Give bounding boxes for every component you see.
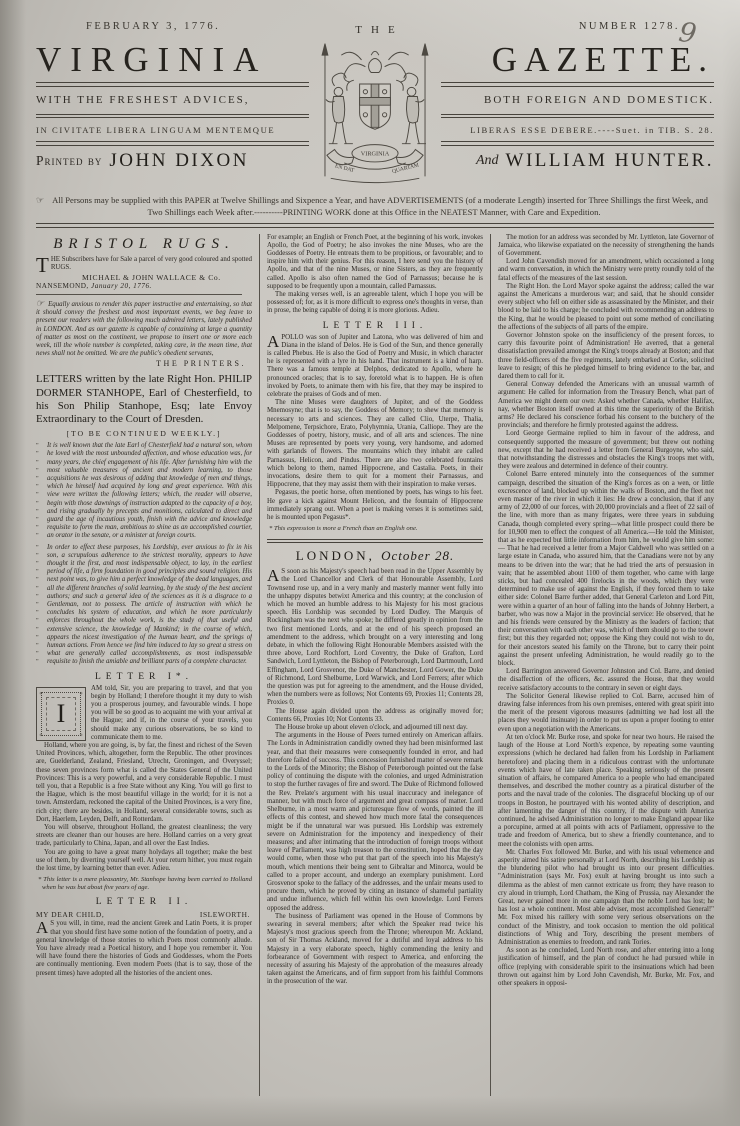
letter2-heading: LETTER II.	[36, 897, 252, 907]
london-paragraph: Governor Johnston spoke on the insuffici…	[498, 332, 714, 381]
subtitle-left: WITH THE FRESHEST ADVICES,	[36, 87, 309, 114]
section-rule	[267, 539, 483, 543]
ad-text: HE Subscribers have for Sale a parcel of…	[51, 256, 252, 271]
london-paragraph: At ten o'clock Mr. Burke rose, and spoke…	[498, 734, 714, 849]
ornamental-initial-frame: I	[36, 687, 86, 741]
double-rule-full	[36, 223, 714, 228]
printed-by-label: Printed by	[36, 153, 102, 169]
london-paragraph: The Right Hon. the Lord Mayor spoke agai…	[498, 283, 714, 332]
london-paragraph: The motion for an address was seconded b…	[498, 234, 714, 259]
drop-cap: A	[267, 334, 281, 349]
letter1-paragraph: IAM told, Sir, you are preparing to trav…	[36, 685, 252, 742]
drop-cap: T	[36, 256, 51, 274]
london-text: S soon as his Majesty's speech had been …	[267, 568, 483, 706]
printer-name-hunter: WILLIAM HUNTER.	[506, 150, 714, 172]
letter1-paragraph: You are going to have a great many holyd…	[36, 849, 252, 874]
ad-date: January 20, 1776.	[91, 282, 152, 290]
letter1-paragraph: Holland, where you are going, is, by far…	[36, 742, 252, 824]
ad-body: THE Subscribers have for Sale a parcel o…	[36, 256, 252, 272]
column-rule	[490, 234, 491, 1096]
printers-signature: THE PRINTERS.	[36, 359, 246, 368]
london-date: October 28.	[381, 548, 454, 563]
printer-name-dixon: JOHN DIXON	[109, 150, 249, 172]
letter2-paragraph: AS you will, in time, read the ancient G…	[36, 920, 252, 977]
printers-note-text: Equally anxious to render this paper ins…	[36, 301, 252, 357]
london-paragraph: The House broke up about eleven o'clock,…	[267, 724, 483, 732]
london-paragraph: General Conway defended the Americans wi…	[498, 381, 714, 430]
letter1-text: AM told, Sir, you are preparing to trave…	[91, 685, 252, 741]
printer-line-right: And WILLIAM HUNTER.	[441, 146, 714, 177]
london-paragraph: Mr. Charles Fox followed Mr. Burke, and …	[498, 849, 714, 947]
letter3-paragraph: APOLLO was son of Jupiter and Latona, wh…	[267, 334, 483, 400]
london-paragraph: Lord George Germaine replied to him in f…	[498, 430, 714, 471]
salutation-place: ISLEWORTH.	[200, 910, 250, 919]
and-label: And	[476, 153, 499, 169]
newspaper-title-right: GAZETTE.	[441, 38, 714, 82]
letter2-paragraph: The making verses well, is an agreeable …	[267, 291, 483, 316]
masthead-left: FEBRUARY 3, 1776. VIRGINIA WITH THE FRES…	[36, 14, 309, 191]
column-2: For example; an English or French Poet, …	[267, 234, 483, 1096]
crest-name: VIRGINIA	[361, 151, 390, 158]
london-paragraph: Colonel Barre entered minutely into the …	[498, 471, 714, 668]
subtitle-right: BOTH FOREIGN AND DOMESTICK.	[441, 87, 714, 114]
issue-number: NUMBER 1278.	[441, 14, 714, 38]
letter1-paragraph: You will observe, throughout Holland, th…	[36, 824, 252, 849]
letter3-heading: LETTER III.	[267, 321, 483, 331]
london-paragraph: The business of Parliament was opened in…	[267, 913, 483, 987]
thin-rule	[36, 294, 242, 295]
london-paragraph: Lord John Cavendish moved for an amendme…	[498, 258, 714, 283]
london-paragraph: The Solicitor General likewise replied t…	[498, 693, 714, 734]
letter3-text: POLLO was son of Jupiter and Latona, who…	[267, 334, 483, 398]
london-paragraph: Lord Barrington answered Governor Johnst…	[498, 668, 714, 693]
ad-place: NANSEMOND,	[36, 282, 89, 290]
manicule-icon: ☞	[36, 195, 44, 205]
column-1: BRISTOL RUGS. THE Subscribers have for S…	[36, 234, 252, 1096]
column-layout: BRISTOL RUGS. THE Subscribers have for S…	[36, 234, 714, 1096]
column-rule	[259, 234, 260, 1096]
masthead-right: NUMBER 1278. GAZETTE. BOTH FOREIGN AND D…	[441, 14, 714, 191]
continued-weekly-note: [TO BE CONTINUED WEEKLY.]	[36, 429, 252, 438]
intro-quote-paragraph: In order to effect these purposes, his L…	[36, 544, 252, 667]
salutation-text: MY DEAR CHILD,	[36, 910, 104, 919]
letter3-paragraph: Pegasus, the poetic horse, often mention…	[267, 489, 483, 522]
motto-left: IN CIVITATE LIBERA LINGUAM MENTEMQUE	[36, 118, 309, 141]
subscription-notice: ☞All Persons may be supplied with this P…	[38, 193, 710, 221]
printer-line-left: Printed by JOHN DIXON	[36, 146, 309, 177]
london-section-heading: LONDON, October 28.	[267, 548, 483, 564]
letter2-salutation: MY DEAR CHILD, ISLEWORTH.	[36, 910, 250, 919]
issue-date: FEBRUARY 3, 1776.	[36, 14, 309, 38]
drop-cap: A	[36, 920, 50, 935]
london-paragraph: The arguments in the House of Peers turn…	[267, 732, 483, 912]
motto-right: LIBERAS ESSE DEBERE.----Suet. in TIB. S.…	[441, 118, 714, 141]
london-title: LONDON,	[296, 548, 375, 563]
manicule-icon: ☞	[36, 298, 44, 308]
letter1-heading: LETTER I*.	[36, 672, 252, 682]
intro-quote-paragraph: It is well known that the late Earl of C…	[36, 442, 252, 540]
drop-cap: A	[267, 568, 281, 583]
crest-motto-left: EN DAT	[334, 163, 355, 174]
masthead: FEBRUARY 3, 1776. VIRGINIA WITH THE FRES…	[36, 14, 714, 191]
london-paragraph: As soon as he concluded, Lord North rose…	[498, 947, 714, 988]
letter2-text: S you will, in time, read the ancient Gr…	[36, 920, 252, 976]
ad-signature: MICHAEL & JOHN WALLACE & Co.	[36, 273, 252, 282]
virginia-coat-of-arms: VIRGINIA EN DAT QUARTAM	[313, 34, 437, 186]
ad-title: BRISTOL RUGS.	[36, 236, 252, 253]
ad-place-date: NANSEMOND, January 20, 1776.	[36, 282, 252, 290]
subscription-notice-text: All Persons may be supplied with this PA…	[52, 195, 708, 217]
ornamental-initial: I	[57, 710, 66, 718]
letter3-footnote: * This expression is more a French than …	[267, 525, 483, 533]
letter3-paragraph: The nine Muses were daughters of Jupiter…	[267, 399, 483, 489]
london-paragraph: The House again divided upon the address…	[267, 708, 483, 724]
masthead-center: THE	[309, 14, 441, 191]
editor-introduction: It is well known that the late Earl of C…	[36, 442, 252, 666]
newspaper-page: 9 FEBRUARY 3, 1776. VIRGINIA WITH THE FR…	[0, 0, 740, 1126]
letter1-footnote: * This letter is a mere pleasantry, Mr. …	[36, 876, 252, 892]
letter2-paragraph: For example; an English or French Poet, …	[267, 234, 483, 291]
london-paragraph: AS soon as his Majesty's speech had been…	[267, 568, 483, 707]
newspaper-title-left: VIRGINIA	[36, 38, 309, 82]
letters-heading: LETTERS written by the late Right Hon. P…	[36, 373, 252, 426]
column-3: The motion for an address was seconded b…	[498, 234, 714, 1096]
printers-note: ☞Equally anxious to render this paper in…	[36, 299, 252, 358]
